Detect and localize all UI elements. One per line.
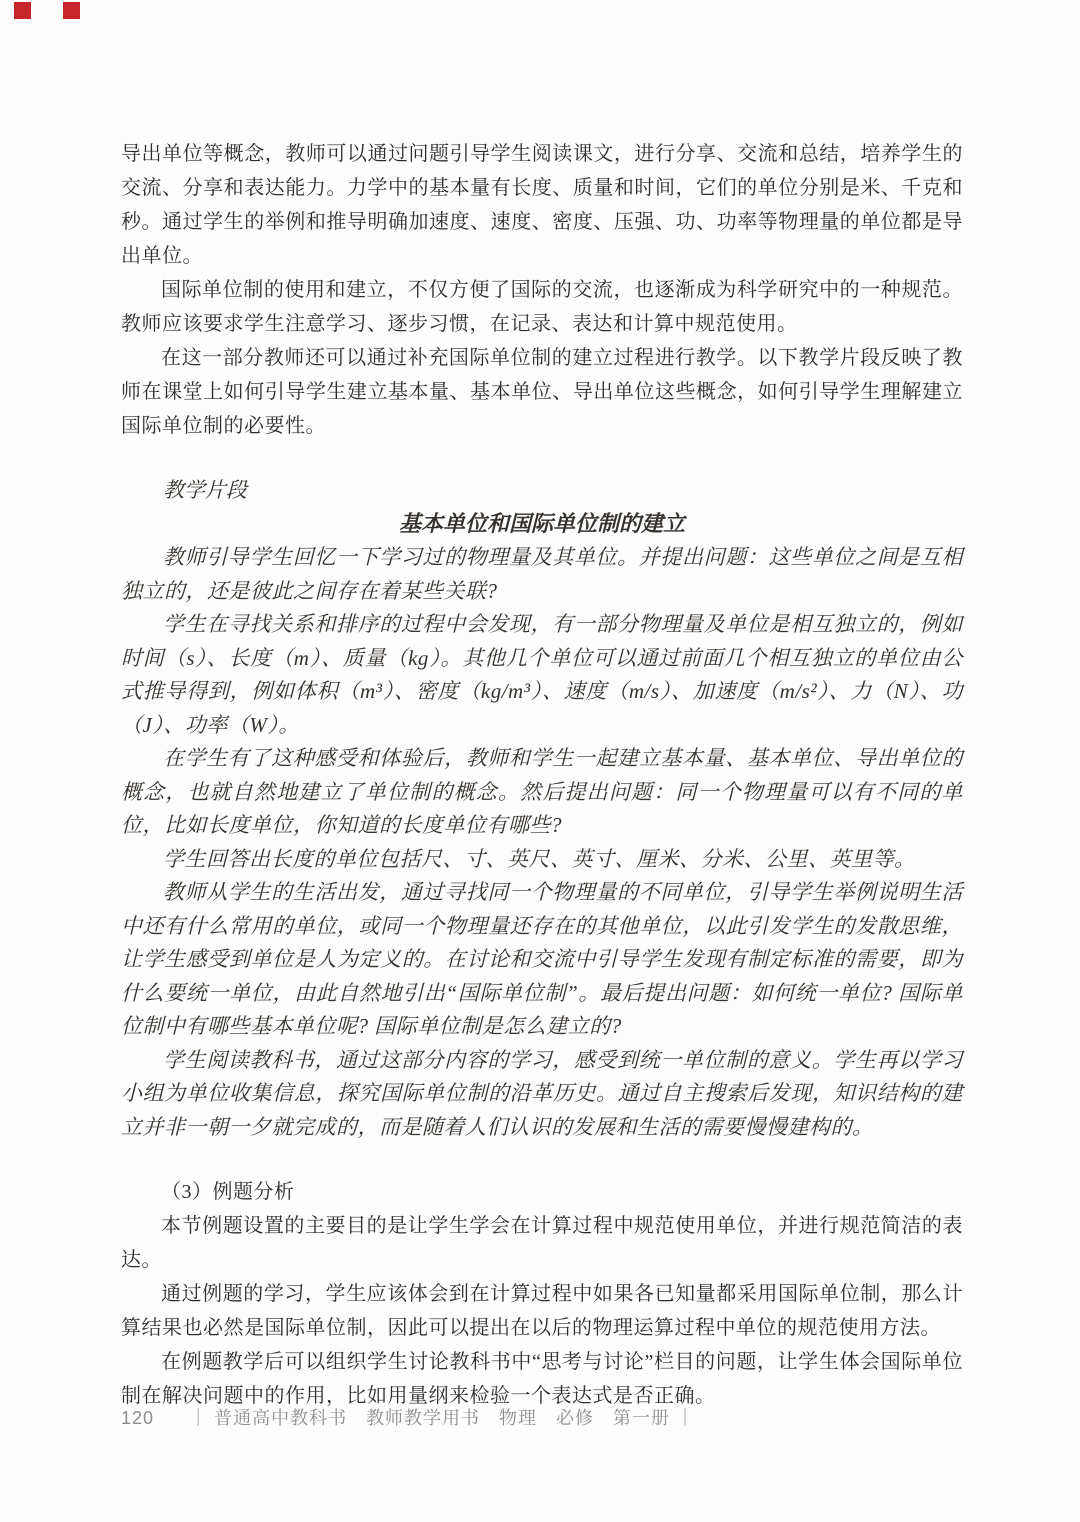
example-analysis-heading: （3）例题分析 — [121, 1175, 963, 1209]
segment-paragraph-2: 学生在寻找关系和排序的过程中会发现，有一部分物理量及单位是相互独立的，例如时间（… — [121, 608, 963, 742]
red-square-mark-1 — [14, 2, 31, 19]
intro-paragraph-2: 国际单位制的使用和建立，不仅方便了国际的交流，也逐渐成为科学研究中的一种规范。教… — [121, 273, 963, 341]
book-info: ｜ 普通高中教科书 教师教学用书 物理 必修 第一册 ｜ — [189, 1408, 695, 1428]
page-content: 导出单位等概念，教师可以通过问题引导学生阅读课文，进行分享、交流和总结，培养学生… — [121, 0, 963, 1413]
intro-paragraph-1: 导出单位等概念，教师可以通过问题引导学生阅读课文，进行分享、交流和总结，培养学生… — [121, 137, 963, 273]
example-paragraph-1: 本节例题设置的主要目的是让学生学会在计算过程中规范使用单位，并进行规范简洁的表达… — [121, 1209, 963, 1277]
segment-paragraph-3: 在学生有了这种感受和体验后，教师和学生一起建立基本量、基本单位、导出单位的概念，… — [121, 742, 963, 843]
segment-paragraph-5: 教师从学生的生活出发，通过寻找同一个物理量的不同单位，引导学生举例说明生活中还有… — [121, 876, 963, 1044]
page-number: 120 — [121, 1408, 154, 1428]
segment-paragraph-6: 学生阅读教科书，通过这部分内容的学习，感受到统一单位制的意义。学生再以学习小组为… — [121, 1044, 963, 1145]
example-paragraph-2: 通过例题的学习，学生应该体会到在计算过程中如果各已知量都采用国际单位制，那么计算… — [121, 1277, 963, 1345]
page-footer: 120 ｜ 普通高中教科书 教师教学用书 物理 必修 第一册 ｜ — [121, 1406, 963, 1430]
segment-paragraph-1: 教师引导学生回忆一下学习过的物理量及其单位。并提出问题：这些单位之间是互相独立的… — [121, 541, 963, 608]
example-paragraph-3: 在例题教学后可以组织学生讨论教科书中“思考与讨论”栏目的问题，让学生体会国际单位… — [121, 1345, 963, 1413]
red-square-mark-2 — [63, 2, 80, 19]
example-analysis-section: （3）例题分析 本节例题设置的主要目的是让学生学会在计算过程中规范使用单位，并进… — [121, 1175, 963, 1413]
textbook-page: { "page": { "colors": { "accent_red": "#… — [0, 0, 1080, 1522]
segment-paragraph-4: 学生回答出长度的单位包括尺、寸、英尺、英寸、厘米、分米、公里、英里等。 — [121, 843, 963, 877]
teaching-segment-section: 教学片段 基本单位和国际单位制的建立 教师引导学生回忆一下学习过的物理量及其单位… — [121, 473, 963, 1144]
teaching-segment-label: 教学片段 — [121, 473, 963, 507]
teaching-segment-title: 基本单位和国际单位制的建立 — [121, 507, 963, 541]
intro-paragraph-3: 在这一部分教师还可以通过补充国际单位制的建立过程进行教学。以下教学片段反映了教师… — [121, 341, 963, 443]
